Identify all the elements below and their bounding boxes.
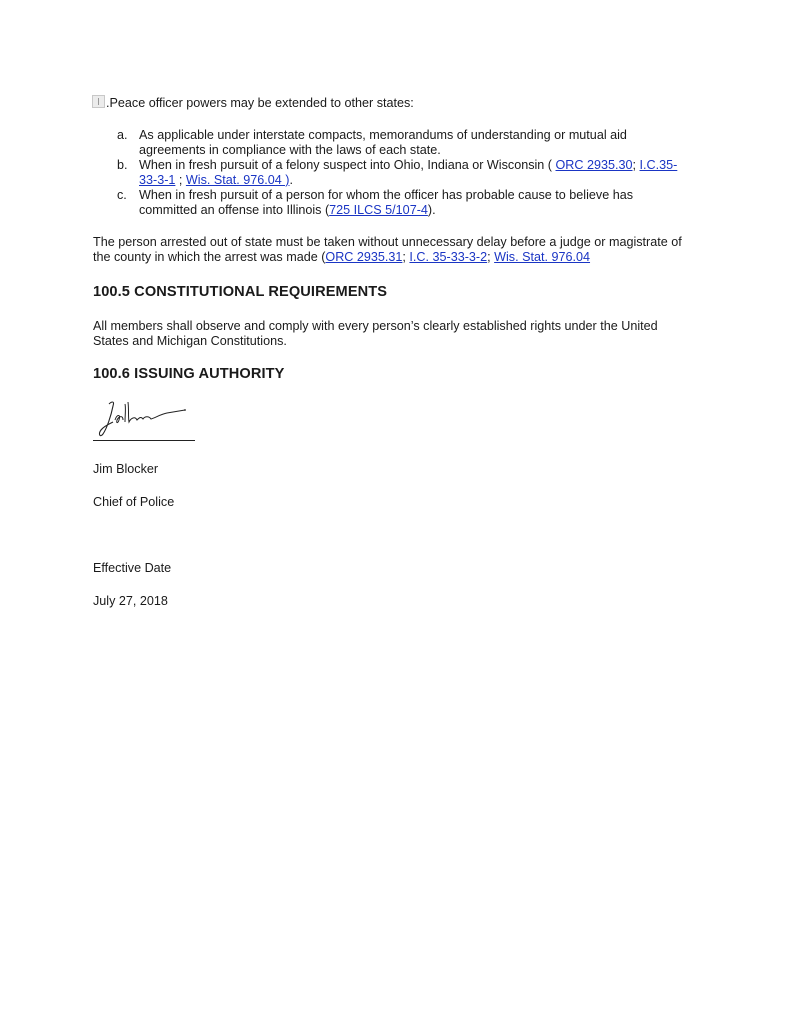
text-run: . [290,173,294,187]
intro-text: .Peace officer powers may be extended to… [106,96,414,110]
text-run: ; [633,158,640,172]
citation-link[interactable]: I.C. 35-33-3-2 [409,250,487,264]
text-run: ; [175,173,186,187]
text-run: ). [428,203,436,217]
constitutional-text-line-1: All members shall observe and comply wit… [93,319,658,334]
citation-link[interactable]: ORC 2935.31 [325,250,402,264]
arrest-paragraph-line: The person arrested out of state must be… [93,235,682,250]
intro-line: .Peace officer powers may be extended to… [92,95,414,111]
text-run: The person arrested out of state must be… [93,235,682,249]
section-heading-100-6: 100.6 ISSUING AUTHORITY [93,366,285,382]
arrest-paragraph-line: the county in which the arrest was made … [93,250,590,265]
text-run: When in fresh pursuit of a felony suspec… [139,158,556,172]
list-item-line: committed an offense into Illinois (725 … [139,203,436,218]
list-item-line: When in fresh pursuit of a person for wh… [139,188,633,203]
list-item-letter: a. [117,128,128,143]
text-run: agreements in compliance with the laws o… [139,143,441,157]
list-item-line: agreements in compliance with the laws o… [139,143,441,158]
effective-date-label: Effective Date [93,561,171,576]
constitutional-text-line-2: States and Michigan Constitutions. [93,334,287,349]
list-item-line: 33-3-1 ; Wis. Stat. 976.04 ). [139,173,293,188]
signature-image [95,398,195,440]
list-item-line: When in fresh pursuit of a felony suspec… [139,158,677,173]
effective-date-value: July 27, 2018 [93,594,168,609]
signature-line [93,440,195,441]
text-run: When in fresh pursuit of a person for wh… [139,188,633,202]
document-page: .Peace officer powers may be extended to… [0,0,791,1024]
list-item-letter: c. [117,188,127,203]
list-item-line: As applicable under interstate compacts,… [139,128,627,143]
signer-title: Chief of Police [93,495,174,510]
signer-name: Jim Blocker [93,462,158,477]
citation-link[interactable]: Wis. Stat. 976.04 [494,250,590,264]
text-run: As applicable under interstate compacts,… [139,128,627,142]
section-heading-100-5: 100.5 CONSTITUTIONAL REQUIREMENTS [93,284,387,300]
list-item-letter: b. [117,158,128,173]
info-marker-icon [92,95,105,108]
citation-link[interactable]: ORC 2935.30 [556,158,633,172]
text-run: the county in which the arrest was made … [93,250,325,264]
citation-link[interactable]: I.C.35- [640,158,678,172]
citation-link[interactable]: Wis. Stat. 976.04 ) [186,173,290,187]
citation-link[interactable]: 33-3-1 [139,173,175,187]
text-run: committed an offense into Illinois ( [139,203,329,217]
citation-link[interactable]: 725 ILCS 5/107-4 [329,203,428,217]
